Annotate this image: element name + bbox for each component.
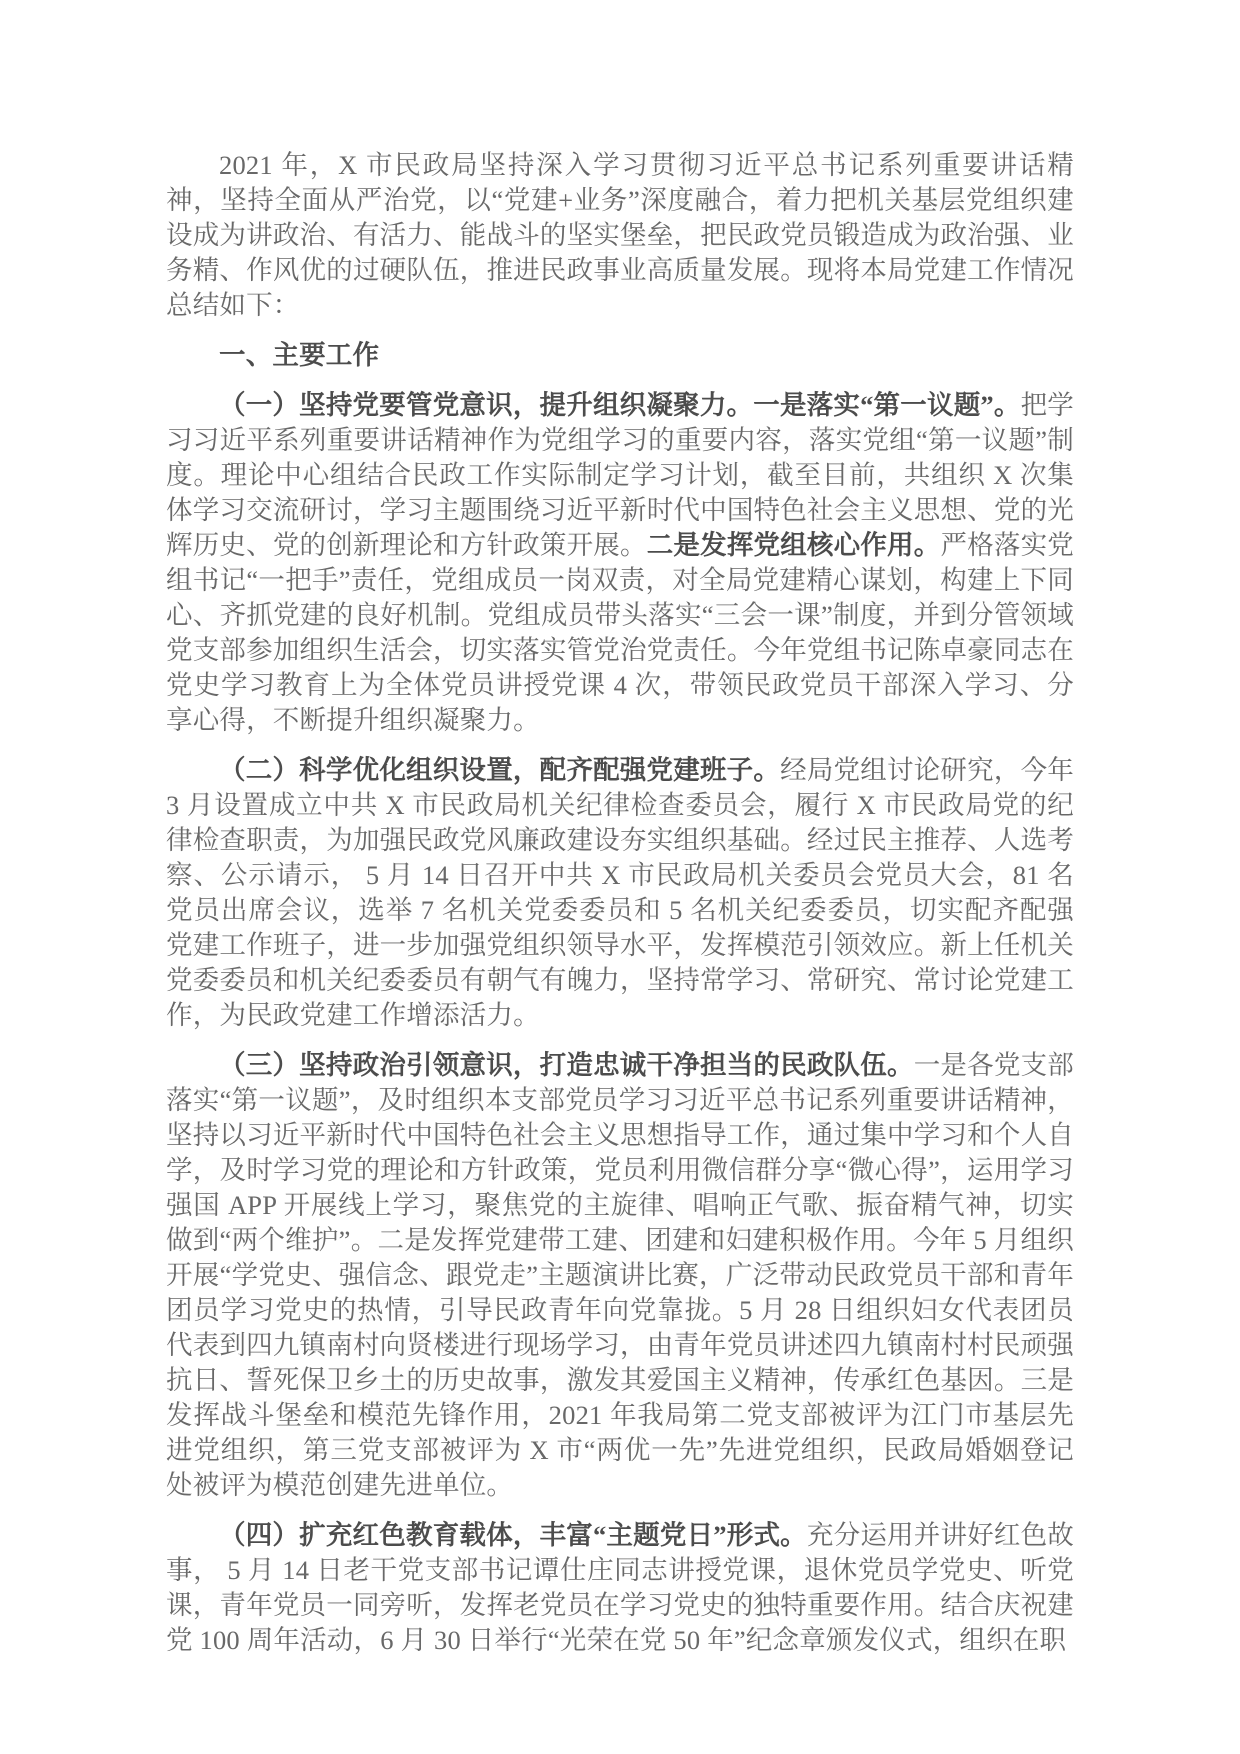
paragraph: （一）坚持党要管党意识，提升组织凝聚力。一是落实“第一议题”。把学习习近平系列重…	[166, 388, 1074, 738]
bold-text-run: （一）坚持党要管党意识，提升组织凝聚力。一是落实“第一议题”。	[219, 390, 1021, 420]
paragraph: （四）扩充红色教育载体，丰富“主题党日”形式。充分运用并讲好红色故事， 5 月 …	[166, 1518, 1074, 1658]
text-run: 2021 年，X 市民政局坚持深入学习贯彻习近平总书记系列重要讲话精神，坚持全面…	[166, 150, 1074, 320]
section-heading: 一、主要工作	[166, 338, 1074, 373]
text-run: 经局党组讨论研究，今年 3 月设置成立中共 X 市民政局机关纪律检查委员会，履行…	[166, 755, 1074, 1030]
bold-text-run: 一、主要工作	[219, 340, 379, 370]
bold-text-run: （四）扩充红色教育载体，丰富“主题党日”形式。	[219, 1520, 807, 1550]
bold-text-run: 二是发挥党组核心作用。	[647, 530, 941, 560]
document-page: 2021 年，X 市民政局坚持深入学习贯彻习近平总书记系列重要讲话精神，坚持全面…	[0, 0, 1240, 1754]
bold-text-run: （三）坚持政治引领意识，打造忠诚干净担当的民政队伍。	[219, 1050, 914, 1080]
paragraph: （三）坚持政治引领意识，打造忠诚干净担当的民政队伍。一是各党支部落实“第一议题”…	[166, 1048, 1074, 1503]
text-run: 一是各党支部落实“第一议题”，及时组织本支部党员学习习近平总书记系列重要讲话精神…	[166, 1050, 1074, 1500]
text-run: 严格落实党组书记“一把手”责任，党组成员一岗双责，对全局党建精心谋划，构建上下同…	[166, 530, 1074, 735]
bold-text-run: （二）科学优化组织设置，配齐配强党建班子。	[219, 755, 780, 785]
paragraph: 2021 年，X 市民政局坚持深入学习贯彻习近平总书记系列重要讲话精神，坚持全面…	[166, 148, 1074, 323]
paragraph: （二）科学优化组织设置，配齐配强党建班子。经局党组讨论研究，今年 3 月设置成立…	[166, 753, 1074, 1033]
document-body: 2021 年，X 市民政局坚持深入学习贯彻习近平总书记系列重要讲话精神，坚持全面…	[166, 148, 1074, 1658]
